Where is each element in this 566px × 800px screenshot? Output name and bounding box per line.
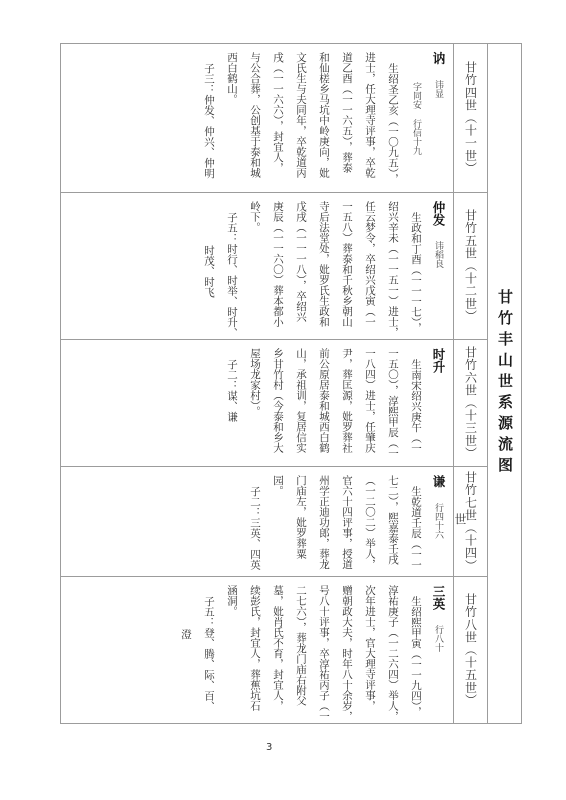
person-name: 谦 [431,475,446,488]
document-page: 甘竹丰山世系源流图 讷讳显 字同安行信十九 生绍圣乙亥（一〇九五）， 进士，任大… [0,0,566,800]
biography-line: 州学正迪功郎，葬龙 [312,475,335,570]
biography-line: 绍兴辛未（一一五一）进士， [381,201,404,338]
generation-row: 讷讳显 字同安行信十九 生绍圣乙亥（一〇九五）， 进士，任大理寺评事，卒乾 道乙… [61,44,487,192]
name-column: 讷讳显 [427,52,450,98]
courtesy-column: 字同安行信十九 [404,52,427,155]
biography-line: 续彭氏，封宜人，葬蕉坑石 [243,585,266,711]
page-number: 3 [266,742,272,753]
person-name: 三英 [431,585,446,610]
biography-cell: 讷讳显 字同安行信十九 生绍圣乙亥（一〇九五）， 进士，任大理寺评事，卒乾 道乙… [61,44,453,192]
generation-row: 谦行四十六 生乾道壬辰（一一 七二），熙嘉泰壬戌 （一二〇二）举人， 官六十四评… [61,466,487,576]
title-column: 甘竹丰山世系源流图 [487,44,521,723]
generation-row: 三英行八十 生绍熙甲寅（一一九四）， 淳祐庚子（一二六四）举人， 次年进士，官大… [61,576,487,723]
biography-line: 生南宋绍兴庚午（一 [404,348,427,454]
biography-cell: 谦行四十六 生乾道壬辰（一一 七二），熙嘉泰壬戌 （一二〇二）举人， 官六十四评… [61,467,453,576]
biography-cell: 时升 生南宋绍兴庚午（一 一五〇），淳熙甲辰（一 一八四）进士，任肇庆 尹，葬匡… [61,340,453,466]
biography-line: 戌（一一六六），封宜人， [266,52,289,173]
genealogy-table: 甘竹丰山世系源流图 讷讳显 字同安行信十九 生绍圣乙亥（一〇九五）， 进士，任大… [60,43,522,724]
taboo-name: 讳稻良 [433,241,443,268]
biography-line: 园。 [266,475,289,496]
biography-line: 官六十四评事，授道 [335,475,358,570]
generation-header: 甘竹四世（十一世） [453,44,487,192]
clan-rank: 行四十六 [433,503,443,539]
biography-line: 进士，任大理寺评事，卒乾 [358,52,381,178]
name-column: 仲发讳稻良 [427,201,450,268]
biography-line: 墓，妣肖氏不育，封宜人， [266,585,289,711]
biography-line: 戊戌（一一一八），卒绍兴 [289,201,312,322]
children-line-continued: 时茂、时飞 [197,201,220,298]
biography-line: 生乾道壬辰（一一 [404,475,427,570]
biography-line: 寺后法堂处，妣罗氏生政和 [312,201,335,327]
children-line: 子三：仲发、仲兴、仲明 [197,52,220,179]
children-line: 子五：登、腾、际、百、 [197,585,220,712]
biography-line: 岭下。 [243,201,266,233]
children-line: 子二：谋、谦 [220,348,243,422]
person-name: 时升 [431,348,446,373]
children-line: 子二：三英、四英 [243,475,266,570]
name-column: 谦行四十六 [427,475,450,539]
generation-label: 甘竹六世（十三世） [465,346,477,459]
biography-line: 涵洞。 [220,585,243,617]
generation-header: 甘竹五世（十二世） [453,193,487,339]
biography-line: 任云梦令，卒绍兴戊寅（一 [358,201,381,327]
biography-line: 次年进士，官大理寺评事， [358,585,381,711]
biography-line: 二七六），葬龙门庙右附父 [289,585,312,706]
person-name: 讷 [431,52,446,65]
biography-line: 号八十评事，卒淳祐丙子（一 [312,585,335,722]
biography-line: 生绍圣乙亥（一〇九五）， [381,52,404,184]
taboo-name: 讳显 [433,80,443,98]
biography-line: 一五八）葬泰和千秋乡朝山 [335,201,358,327]
biography-line: 一八四）进士，任肇庆 [358,348,381,453]
biography-line: 生政和丁酉（一一一七）， [404,201,427,333]
biography-cell: 仲发讳稻良 生政和丁酉（一一一七）， 绍兴辛未（一一五一）进士， 任云梦令，卒绍… [61,193,453,339]
biography-line: 道乙酉（一一六五），葬泰 [335,52,358,173]
biography-line: 赠朝政大夫，时年八十余岁， [335,585,358,722]
biography-line: 文氏生与夫同年，卒乾道丙 [289,52,312,178]
biography-line: 一五〇），淳熙甲辰（一 [381,348,404,458]
generation-label: 甘竹四世（十一世） [465,61,477,174]
biography-line: 乡甘竹村（今泰和乡大 [266,348,289,453]
biography-line: 前公原居泰和城西白鹤 [312,348,335,453]
biography-line: 山，承祖训，复居信实 [289,348,312,453]
biography-line: 西白鹤山。 [220,52,243,105]
biography-line: 七二），熙嘉泰壬戌 [381,475,404,564]
document-title: 甘竹丰山世系源流图 [497,289,512,478]
biography-line: 和仙槎乡马坑中岭庚向，妣 [312,52,335,178]
children-line: 子五：时行、时举、时升、 [220,201,243,338]
clan-rank: 行八十 [433,625,443,652]
person-name: 仲发 [431,201,446,226]
biography-line: 门庙左，妣罗葬粟 [289,475,312,559]
biography-line: 淳祐庚子（一二六四）举人， [381,585,404,722]
biography-line: 庚辰（一一六〇）葬本都小 [266,201,289,327]
generation-header: 甘竹七世（十四） 世 [453,467,487,576]
biography-line: 与公合葬，公创基于泰和城 [243,52,266,178]
biography-line: 尹，葬匡源，妣罗葬社 [335,348,358,453]
generation-header: 甘竹八世（十五世） [453,577,487,723]
children-line-continued: 澄 [174,585,197,640]
clan-rank: 行信十九 [411,119,421,155]
biography-cell: 三英行八十 生绍熙甲寅（一一九四）， 淳祐庚子（一二六四）举人， 次年进士，官大… [61,577,453,723]
generation-header: 甘竹六世（十三世） [453,340,487,466]
biography-line: 屋场龙家村）。 [243,348,266,416]
generation-label: 甘竹五世（十二世） [465,209,477,322]
biography-line: （一二〇二）举人， [358,475,381,570]
name-column: 三英行八十 [427,585,450,652]
courtesy-name: 字同安 [411,82,421,109]
generation-row: 仲发讳稻良 生政和丁酉（一一一七）， 绍兴辛未（一一五一）进士， 任云梦令，卒绍… [61,192,487,339]
biography-line: 生绍熙甲寅（一一九四）， [404,585,427,717]
generation-label: 甘竹八世（十五世） [465,593,477,706]
generation-row: 时升 生南宋绍兴庚午（一 一五〇），淳熙甲辰（一 一八四）进士，任肇庆 尹，葬匡… [61,339,487,466]
generation-label-overflow: 世 [454,513,466,525]
name-column: 时升 [427,348,450,373]
